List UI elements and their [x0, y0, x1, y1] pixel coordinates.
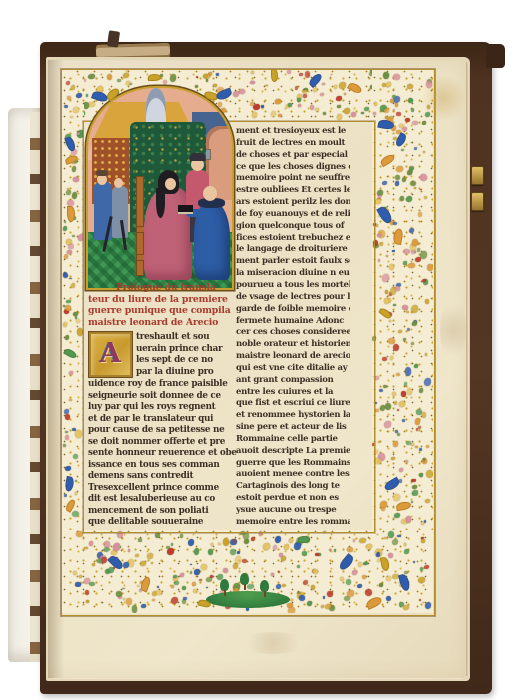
floret [76, 319, 80, 323]
floret [113, 543, 120, 551]
floret [374, 376, 379, 380]
floret [123, 73, 129, 78]
floret [344, 108, 350, 114]
floret [424, 378, 430, 386]
text-line: mencement de son poliati [88, 506, 238, 518]
seated-patron-face [165, 178, 176, 190]
floret [261, 105, 263, 108]
floret [271, 111, 276, 117]
floret [151, 562, 153, 564]
floret [88, 74, 95, 79]
floret [358, 562, 362, 567]
floret [425, 602, 432, 609]
floret [252, 112, 257, 117]
floret [404, 382, 407, 386]
text-line: entre les cuiures et la [236, 387, 350, 399]
tree-sprig [220, 579, 229, 591]
floret [242, 559, 248, 563]
floret [396, 166, 402, 172]
floret [259, 531, 262, 535]
floret [295, 86, 298, 90]
text-line: se doit nommer offerte et pre [88, 437, 238, 449]
floret [310, 105, 314, 110]
floret [303, 580, 308, 585]
floret [347, 590, 354, 597]
floret [376, 224, 379, 227]
floret [382, 181, 387, 185]
floret [188, 539, 194, 546]
text-line: auoit descripte La premiere [236, 446, 350, 458]
floret [427, 264, 433, 271]
floret [128, 549, 130, 552]
text-line: que delitable souueraine [88, 517, 238, 529]
translator-head [203, 186, 217, 201]
tree-sprig [240, 573, 249, 585]
floret [307, 601, 312, 606]
floret [233, 539, 236, 542]
floret [388, 553, 394, 559]
floret [401, 149, 404, 151]
floret [193, 589, 198, 594]
text-line: estoit perdue et non es [236, 493, 350, 505]
floret [173, 575, 176, 578]
floret [400, 196, 404, 200]
text-line: auoient menee contre les [236, 469, 350, 481]
floret [64, 105, 68, 108]
floret [233, 91, 239, 97]
floret [157, 586, 159, 588]
floret [107, 74, 112, 80]
text-line: Cartaginois des long te [236, 481, 350, 493]
text-line: luy par qui les roys regnent [88, 402, 238, 414]
floret [344, 93, 347, 96]
floret [320, 93, 324, 96]
floret [408, 263, 415, 269]
floret [65, 305, 70, 311]
floret [372, 336, 376, 341]
floret [402, 177, 406, 182]
floret [71, 85, 76, 91]
floret [386, 596, 391, 601]
floret [359, 538, 366, 543]
floret [76, 93, 82, 98]
clasp-fitting [471, 166, 484, 185]
floret [414, 364, 417, 368]
floret [206, 79, 209, 82]
rubric-line: maistre leonard de Arecio [88, 317, 238, 329]
floret [73, 454, 78, 459]
floret [104, 547, 109, 552]
floret [412, 321, 417, 326]
floret [66, 300, 71, 304]
floret [420, 567, 423, 571]
floret [180, 534, 184, 538]
floret [404, 543, 407, 546]
floret [288, 607, 295, 613]
floret [420, 189, 422, 190]
floret [401, 391, 407, 397]
left-column-text: uidence roy de france paisibleseigneurie… [88, 379, 238, 529]
acanthus-spray [298, 536, 310, 543]
rubric-line: guerre punique que compila [88, 305, 238, 317]
text-line: uerain prince char [136, 344, 238, 356]
floret [223, 538, 229, 546]
floret [132, 605, 138, 612]
floret [424, 520, 426, 522]
floret [311, 585, 315, 589]
floret [195, 85, 197, 88]
floret [396, 373, 400, 376]
floret [294, 542, 300, 550]
floret [411, 305, 417, 313]
floret [72, 192, 77, 198]
floret [337, 105, 341, 109]
floret [420, 251, 427, 259]
floret [196, 76, 198, 78]
floret [72, 166, 77, 172]
text-line: uidence roy de france paisible [88, 379, 238, 391]
floret [362, 575, 366, 579]
floret [152, 599, 155, 602]
floret [406, 516, 412, 523]
floret [313, 569, 318, 574]
text-line: par la diuine pro [136, 367, 238, 379]
floret [366, 544, 372, 549]
floret [230, 549, 235, 555]
floret [382, 357, 387, 362]
floret [378, 441, 380, 444]
text-line: qui est vne cite ditalie ay [236, 363, 350, 375]
floret [199, 579, 202, 581]
floret [210, 575, 213, 579]
floret [386, 576, 390, 581]
text-line: le langage de droituriere [236, 244, 350, 256]
floret [138, 538, 141, 542]
floret [361, 112, 364, 115]
floret [239, 89, 244, 93]
floret [346, 579, 351, 585]
floret [411, 342, 414, 345]
floret [397, 409, 399, 411]
floret [101, 557, 106, 564]
floret [84, 547, 87, 550]
floret [386, 82, 391, 87]
floret [403, 249, 410, 254]
floret [313, 88, 317, 92]
floret [201, 564, 208, 570]
floret [323, 596, 325, 599]
acanthus-spray [148, 74, 161, 81]
floret [402, 305, 408, 310]
floret [380, 501, 387, 509]
floret [393, 441, 398, 447]
floret [378, 195, 382, 198]
floret [352, 570, 357, 575]
floret [374, 102, 377, 106]
floret [89, 541, 93, 545]
floret [275, 536, 281, 544]
floret [402, 419, 405, 422]
floret [167, 548, 174, 555]
floret [407, 388, 412, 394]
floret [92, 563, 95, 566]
floret [65, 431, 68, 433]
floret [72, 511, 79, 517]
floret [397, 433, 401, 436]
floret [117, 531, 122, 538]
floret [423, 151, 425, 153]
floret [373, 223, 376, 225]
floret [192, 582, 196, 586]
floret [374, 458, 380, 464]
floret [75, 582, 80, 586]
floret [395, 286, 400, 292]
floret [315, 553, 319, 556]
floret [66, 190, 71, 195]
text-line: guerre que les Rommains [236, 458, 350, 470]
acanthus-spray [271, 69, 278, 82]
clasp-fitting [471, 192, 484, 211]
floret [67, 96, 71, 100]
floret [411, 108, 414, 112]
text-line: issance en tous ses comman [88, 460, 238, 472]
floret [419, 448, 422, 451]
floret [351, 112, 356, 117]
floret [393, 74, 400, 80]
floret [79, 575, 83, 578]
text-line: garde de foible memoire et [236, 304, 350, 316]
floret [365, 589, 372, 596]
floret [417, 248, 420, 251]
floret [340, 577, 344, 581]
floret [411, 479, 415, 482]
floret [422, 121, 425, 125]
floret [163, 80, 167, 84]
floret [116, 591, 122, 596]
floret [426, 445, 429, 448]
floret [404, 549, 408, 554]
attendant-head [114, 178, 123, 188]
binding-corner [486, 44, 505, 68]
floret [398, 330, 402, 334]
text-line: seigneurie soit donnee de ce [88, 391, 238, 403]
floret [394, 513, 400, 518]
floret [373, 112, 376, 115]
floret [347, 547, 354, 552]
floret [251, 71, 254, 75]
floret [297, 565, 300, 568]
floret [424, 565, 430, 569]
floret [72, 235, 74, 237]
floret [180, 573, 184, 577]
floret [395, 103, 399, 107]
floret [218, 102, 223, 107]
floret [407, 84, 413, 90]
floret [86, 94, 88, 96]
floret [65, 414, 71, 420]
floret [208, 549, 213, 555]
text-line: gion quelconque tous of [236, 221, 350, 233]
floret [413, 561, 416, 563]
floret [388, 531, 394, 538]
floret [322, 83, 325, 86]
floret [250, 81, 254, 85]
floret [126, 81, 129, 84]
floret [393, 222, 397, 225]
floret [73, 571, 77, 575]
floret [203, 74, 207, 78]
floret [123, 562, 128, 568]
floret [375, 409, 379, 413]
floret [405, 460, 408, 463]
floret [64, 254, 69, 260]
floret [123, 598, 125, 600]
floret [65, 466, 71, 471]
floret [388, 338, 395, 343]
floret [182, 586, 186, 590]
floret [385, 403, 391, 410]
floret [63, 273, 68, 278]
floret [412, 485, 417, 489]
floret [407, 328, 410, 331]
text-line: de foy euanouys et de reli [236, 209, 350, 221]
text-line: pourueu a tous les mortelz [236, 280, 350, 292]
text-line: Tresexcellent prince comme [88, 483, 238, 495]
floret [122, 588, 124, 590]
floret [303, 94, 306, 98]
floret [396, 112, 400, 116]
floret [380, 242, 383, 246]
floret [89, 582, 95, 586]
floret [278, 571, 280, 573]
floret [395, 175, 399, 180]
floret [302, 551, 307, 555]
floret [67, 200, 74, 206]
floret [76, 531, 83, 537]
text-line: ant grant compassion [236, 375, 350, 387]
floret [73, 312, 77, 316]
floret [337, 114, 342, 120]
floret [298, 104, 301, 107]
photo-background: Prologue du translateur du liure de la p… [0, 0, 525, 700]
floret [271, 573, 275, 576]
floret [73, 177, 79, 181]
floret [392, 539, 398, 545]
floret [395, 181, 398, 185]
floret [85, 590, 89, 595]
floret [88, 102, 94, 107]
floret [69, 371, 73, 376]
floret [403, 605, 409, 610]
floret [84, 578, 90, 583]
text-line: fices estoient trebuchez et [236, 233, 350, 245]
floret [297, 98, 301, 103]
floret [278, 114, 282, 117]
floret [394, 401, 398, 406]
floret [65, 335, 69, 340]
floret [69, 399, 71, 401]
floret [75, 430, 82, 439]
floret [253, 104, 260, 110]
text-line: fermete humaine Adonc [236, 316, 350, 328]
decorated-initial: A [88, 331, 133, 378]
floret [289, 538, 293, 542]
floret [415, 418, 421, 425]
floret [77, 328, 83, 336]
floret [194, 569, 199, 575]
floret [155, 532, 160, 538]
floret [171, 543, 173, 546]
floret [211, 543, 213, 545]
left-column-indented-text: treshault et souuerain prince charles se… [136, 332, 238, 378]
floret [63, 322, 67, 327]
floret [86, 600, 89, 603]
text-line: cer ces choses considerees le [236, 327, 350, 339]
floret [421, 539, 424, 543]
seated-patron-robe [144, 188, 192, 280]
floret [305, 71, 310, 77]
floret [183, 597, 186, 599]
floret [276, 584, 281, 590]
text-line: et renommee hystorien la [236, 410, 350, 422]
floret [66, 81, 70, 85]
floret [406, 196, 412, 202]
floret [415, 446, 418, 448]
text-line: de choses et par especial en [236, 150, 350, 162]
floret [418, 212, 423, 218]
floret [384, 108, 389, 113]
floret [384, 298, 389, 303]
tree-sprig [260, 580, 269, 592]
floret [426, 81, 432, 87]
floret [399, 468, 403, 472]
floret [393, 109, 395, 111]
text-line: ment et tresioyeux est le [236, 126, 350, 138]
floret [223, 568, 228, 573]
rubric-line: Prologue du transla [88, 282, 238, 294]
floret [422, 412, 427, 418]
text-line: memoire point ne seuffrent [236, 173, 350, 185]
floret [389, 264, 394, 270]
floret [287, 70, 291, 74]
floret [299, 73, 303, 76]
floret [425, 299, 429, 304]
floret [190, 564, 192, 566]
floret [406, 311, 409, 314]
floret [393, 344, 400, 352]
floret [273, 545, 277, 550]
floret [206, 587, 208, 589]
text-line: sine pere et acteur de lis [236, 422, 350, 434]
floret [385, 290, 388, 294]
attendant-figure [112, 186, 128, 238]
text-line: ment parler estoit faulx se [236, 256, 350, 268]
floret [379, 389, 383, 392]
floret [170, 74, 176, 82]
floret [263, 543, 270, 549]
floret [126, 598, 131, 605]
floret [65, 435, 69, 440]
floret [68, 244, 73, 249]
floret [397, 535, 401, 538]
floret [299, 595, 306, 600]
floret [408, 98, 412, 103]
floret [364, 107, 368, 111]
floret [403, 338, 407, 341]
text-line: ysue aucune ou trespe [236, 505, 350, 517]
floret [323, 112, 326, 115]
floret [419, 473, 423, 477]
